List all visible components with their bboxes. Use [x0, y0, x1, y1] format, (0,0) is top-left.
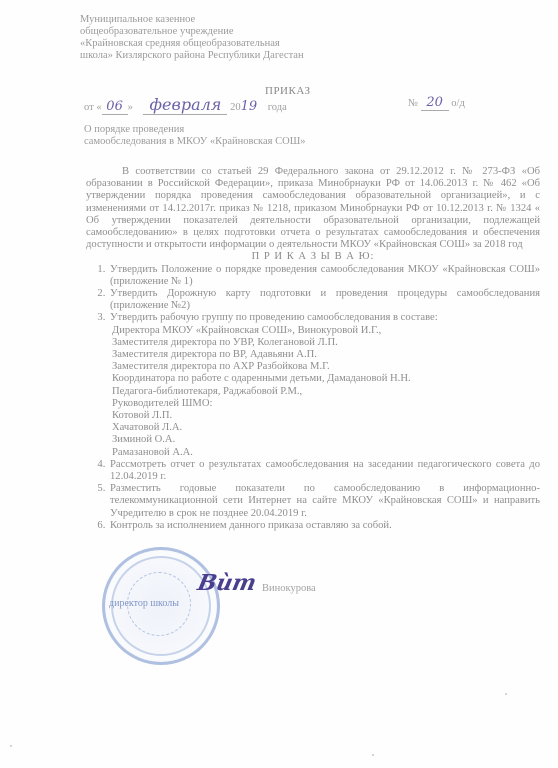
working-group-member: Зиминой О.А. — [110, 434, 540, 446]
order-item: Утвердить рабочую группу по проведению с… — [108, 312, 540, 458]
org-line: общеобразовательное учреждение — [80, 26, 304, 38]
working-group-member: Заместителя директора по УВР, Колеганово… — [110, 337, 540, 349]
working-group-member: Заместителя директора по ВР, Адавьяни А.… — [110, 349, 540, 361]
organization-header: Муниципальное казенное общеобразовательн… — [80, 14, 304, 62]
working-group-member: Заместителя директора по АХР Разбойкова … — [110, 361, 540, 373]
date-year-prefix: 20 — [230, 102, 241, 113]
subject-line: О порядке проведения — [84, 124, 306, 136]
org-line: школа» Кизлярского района Республики Даг… — [80, 50, 304, 62]
working-group-member: Директора МКОУ «Крайновская СОШ», Виноку… — [110, 325, 540, 337]
order-item: Контроль за исполнением данного приказа … — [108, 520, 540, 532]
date-prefix: от « — [84, 102, 102, 113]
date-year-suffix: 19 — [241, 99, 258, 114]
signature-icon: Вѝт — [195, 570, 258, 596]
working-group-member: Педагога-библиотекаря, Раджабовой Р.М., — [110, 386, 540, 398]
number-value: 20 — [421, 95, 449, 111]
date-suffix: года — [268, 102, 287, 113]
org-line: «Крайновская средняя общеобразовательная — [80, 38, 304, 50]
scan-speck — [505, 693, 507, 695]
working-group-member: Рамазановой А.А. — [110, 447, 540, 459]
subject-line: самообследования в МКОУ «Крайновская СОШ… — [84, 136, 306, 148]
order-subject: О порядке проведения самообследования в … — [84, 124, 306, 148]
order-items: Утвердить Положение о порядке проведения… — [86, 264, 540, 532]
date-month: февраля — [143, 95, 227, 115]
order-item: Утвердить Дорожную карту подготовки и пр… — [108, 288, 540, 312]
order-item: Рассмотреть отчет о результатах самообсл… — [108, 459, 540, 483]
signer-name: Винокурова — [262, 583, 316, 594]
number-prefix: № — [408, 98, 418, 109]
working-group-member: Руководителей ШМО: — [110, 398, 540, 410]
working-group-member: Координатора по работе с одаренными деть… — [110, 373, 540, 385]
order-number: № 20 о/д — [408, 95, 465, 111]
working-group-list: Директора МКОУ «Крайновская СОШ», Виноку… — [110, 325, 540, 459]
order-item: Утвердить Положение о порядке проведения… — [108, 264, 540, 288]
working-group-member: Хачатовой Л.А. — [110, 422, 540, 434]
document-body: В соответствии со статьей 29 Федеральног… — [86, 166, 540, 532]
scanned-document-page: Муниципальное казенное общеобразовательн… — [0, 0, 558, 768]
org-line: Муниципальное казенное — [80, 14, 304, 26]
order-heading: П Р И К А З Ы В А Ю: — [86, 251, 540, 263]
stamp-label: директор школы — [109, 598, 179, 609]
scan-speck — [372, 754, 374, 756]
official-stamp-icon: директор школы — [102, 547, 220, 665]
date-mid: » — [128, 102, 133, 113]
preamble: В соответствии со статьей 29 Федеральног… — [86, 166, 540, 251]
working-group-member: Котовой Л.П. — [110, 410, 540, 422]
order-item: Разместить годовые показатели по самообс… — [108, 483, 540, 520]
date-day: 06 — [102, 99, 128, 115]
scan-speck — [10, 745, 12, 747]
order-date: от «06» февраля 2019 года — [84, 95, 287, 115]
number-suffix: о/д — [451, 98, 465, 109]
